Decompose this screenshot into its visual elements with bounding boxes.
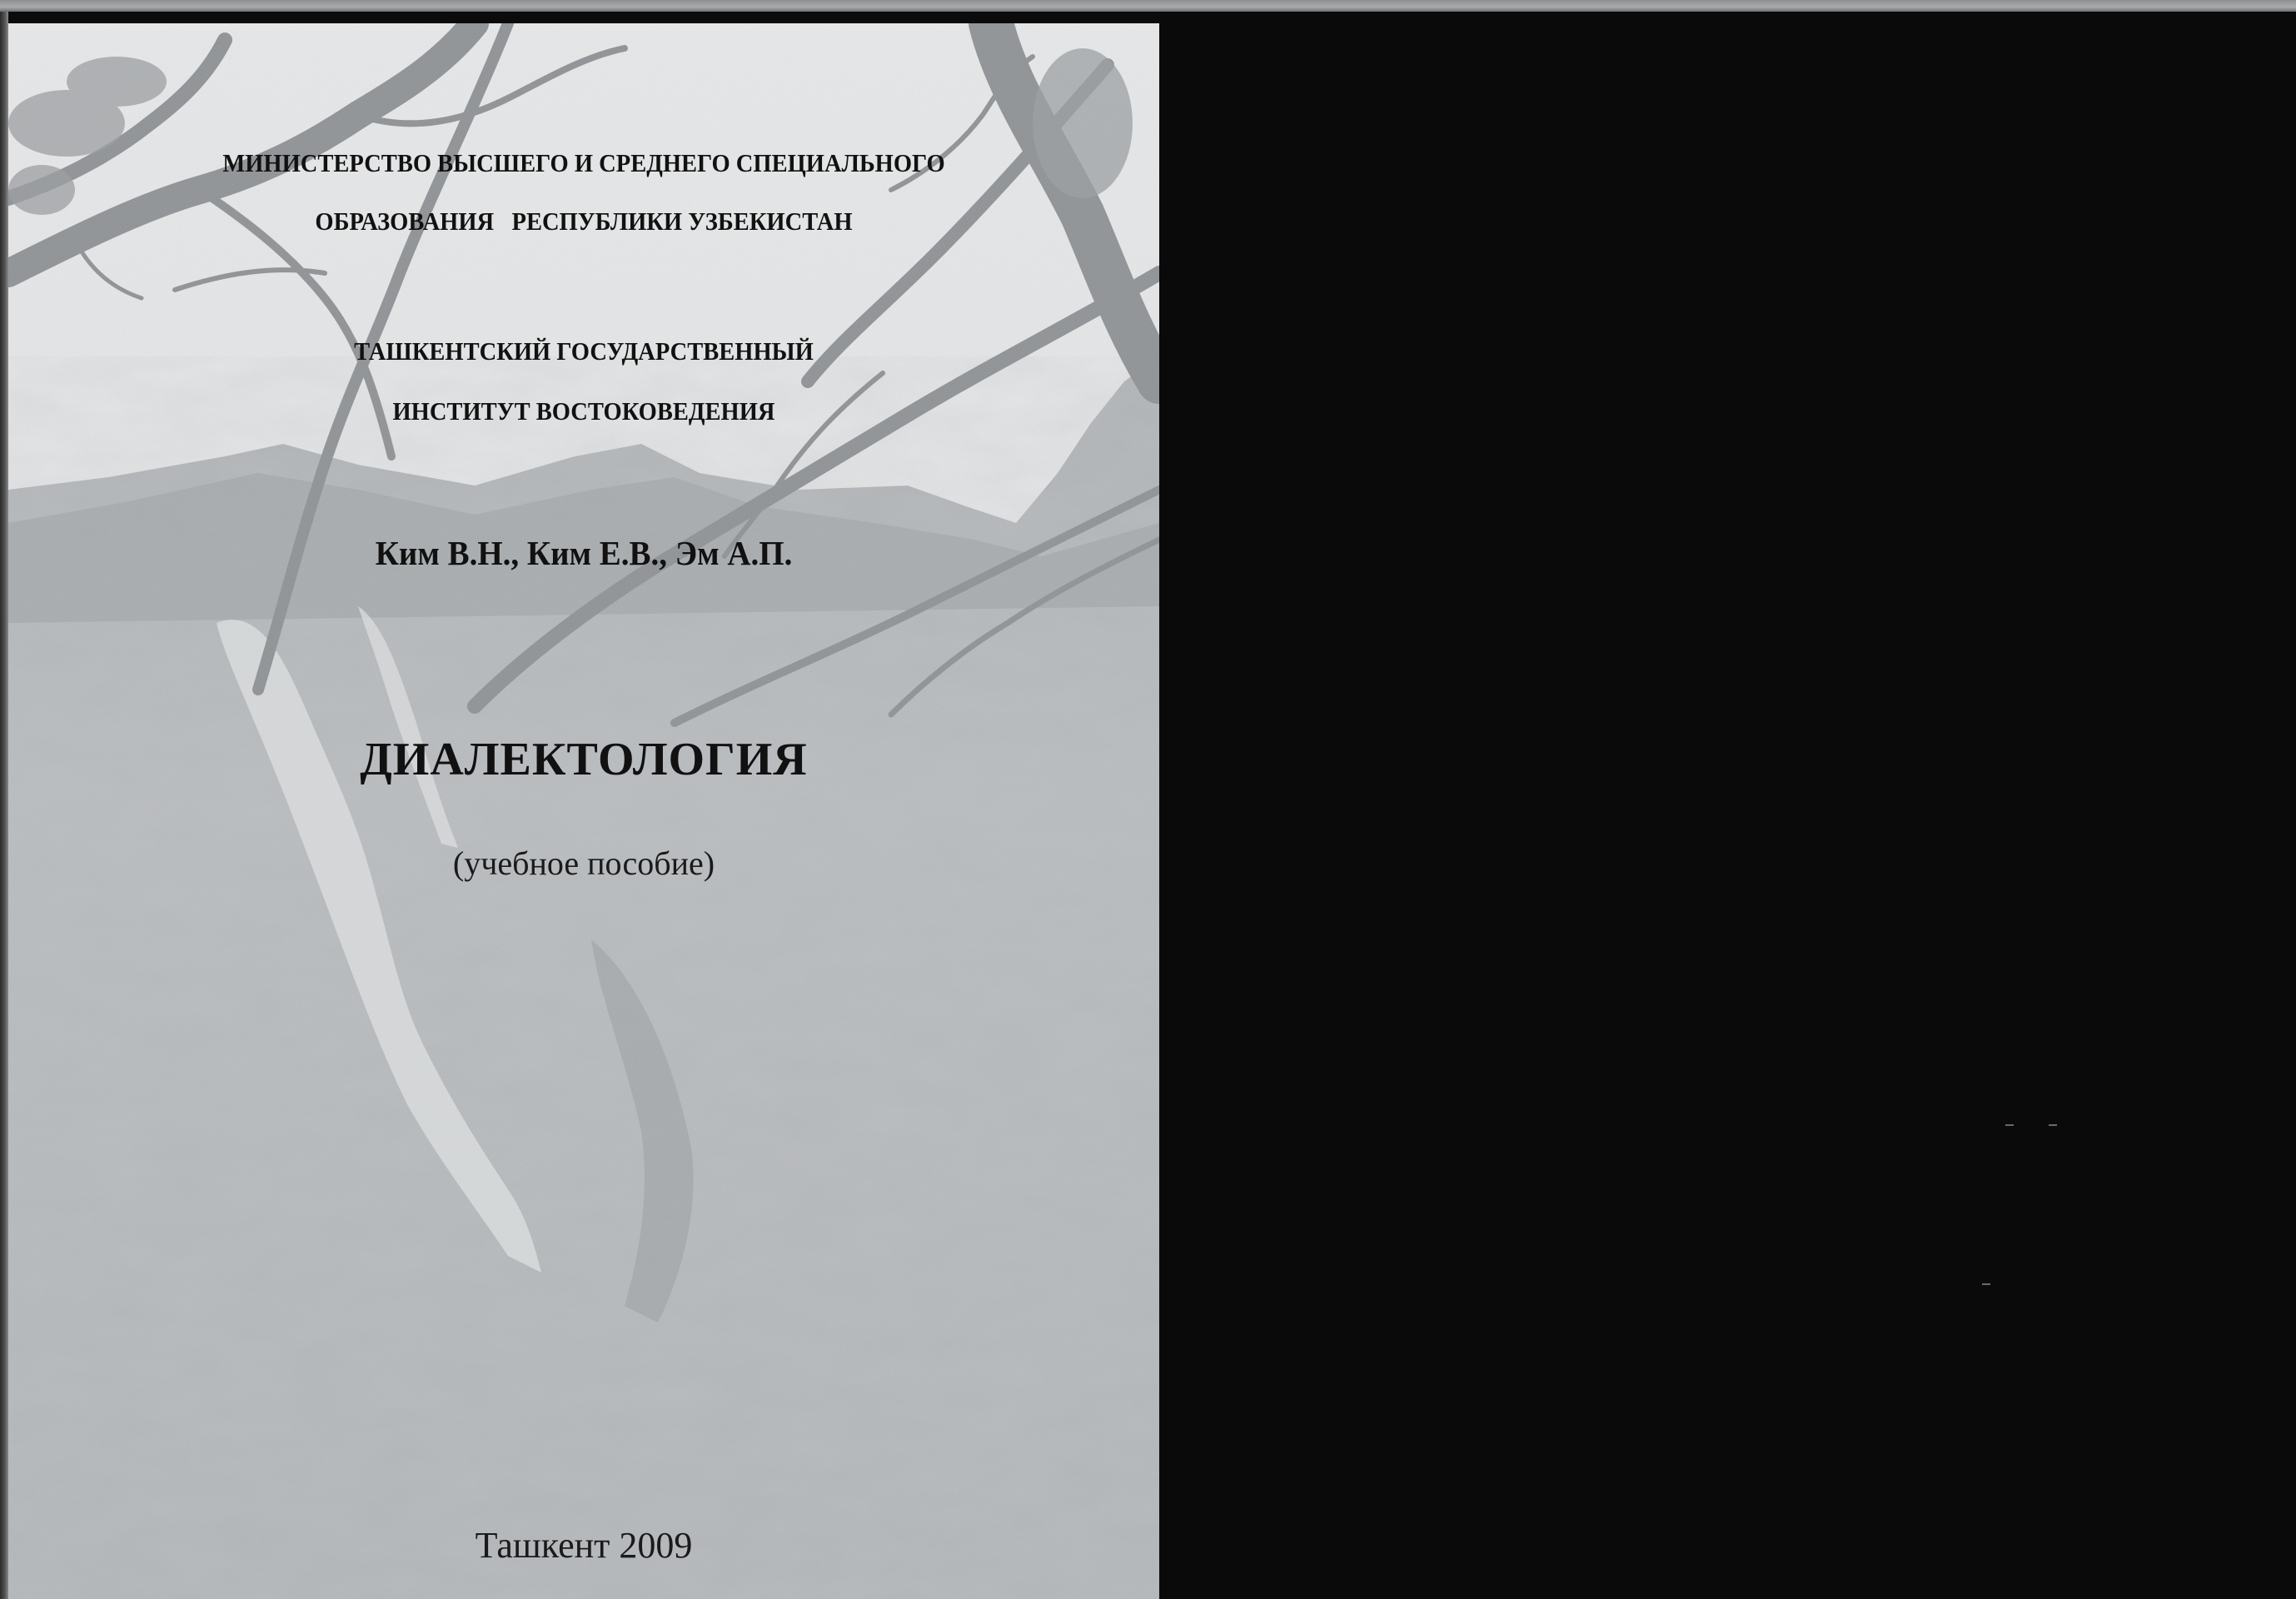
scanner-edge-strip bbox=[0, 0, 2296, 12]
empty-scan-area bbox=[1159, 12, 2296, 1599]
dust-speck bbox=[2049, 1124, 2057, 1126]
authors: Ким В.Н., Ким Е.В., Эм А.П. bbox=[37, 533, 1131, 573]
institute-line-1: ТАШКЕНТСКИЙ ГОСУДАРСТВЕННЫЙ bbox=[54, 336, 1113, 366]
book-subtitle: (учебное пособие) bbox=[8, 844, 1159, 883]
ministry-line-1: МИНИСТЕРСТВО ВЫСШЕГО И СРЕДНЕГО СПЕЦИАЛЬ… bbox=[54, 148, 1113, 178]
place-and-year: Ташкент 2009 bbox=[8, 1524, 1159, 1567]
dust-speck bbox=[1982, 1283, 1990, 1285]
dust-speck bbox=[2005, 1124, 2014, 1126]
book-title: ДИАЛЕКТОЛОГИЯ bbox=[8, 733, 1159, 786]
book-spine-edge bbox=[0, 12, 8, 1599]
institute-line-2: ИНСТИТУТ ВОСТОКОВЕДЕНИЯ bbox=[54, 396, 1113, 426]
mountain-landscape-illustration bbox=[8, 23, 1159, 1599]
ministry-line-2: ОБРАЗОВАНИЯ РЕСПУБЛИКИ УЗБЕКИСТАН bbox=[54, 207, 1113, 237]
book-cover: МИНИСТЕРСТВО ВЫСШЕГО И СРЕДНЕГО СПЕЦИАЛЬ… bbox=[8, 23, 1159, 1599]
